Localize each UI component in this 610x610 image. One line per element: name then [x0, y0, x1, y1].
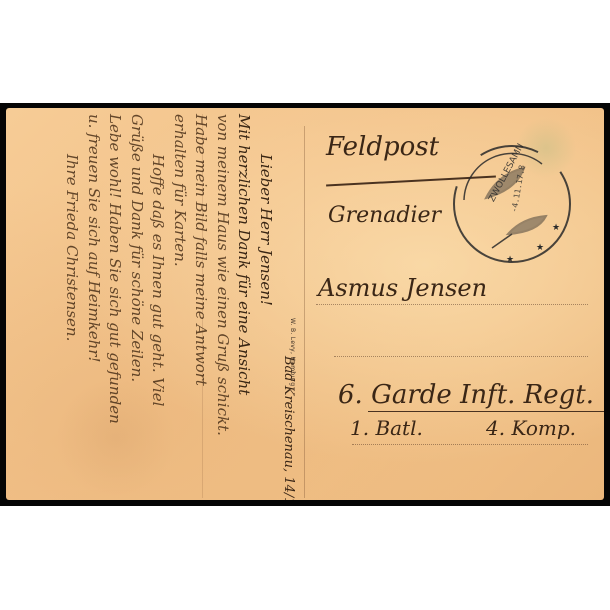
address-line	[316, 304, 588, 305]
recipient-name: Asmus Jensen	[318, 274, 487, 302]
recipient-regiment: 6. Garde Inft. Regt.	[338, 380, 594, 410]
message-line: Lebe wohl! Haben Sie sich gut gefunden	[104, 114, 126, 498]
message-place-date: Bad Kreischenau, 14/11.17.	[281, 356, 296, 500]
svg-text:★: ★	[536, 243, 544, 253]
regiment-underline	[368, 411, 604, 412]
message-line: Lieber Herr Jensen!	[255, 114, 277, 498]
postmark-stamp: ZWOLLESAMN -4.11.17.8 ★★★	[446, 138, 578, 270]
message-line: Grüße und Dank für schöne Zeilen.	[126, 114, 148, 498]
recipient-battalion: 1. Batl.	[350, 416, 423, 440]
feldpost-header: Feldpost	[326, 132, 439, 162]
message-line: Mit herzlichen Dank für eine Ansicht	[233, 114, 255, 498]
message-line: Habe mein Bild falls meine Antwort	[190, 114, 212, 498]
handwritten-message: Lieber Herr Jensen! Mit herzlichen Dank …	[61, 114, 276, 498]
recipient-company: 4. Komp.	[486, 416, 576, 440]
svg-text:★: ★	[552, 223, 560, 233]
postcard: W. B. Levy, Hamburg Lieber Herr Jensen! …	[6, 108, 604, 500]
recipient-rank: Grenadier	[328, 203, 441, 228]
message-signature: Ihre Frieda Christensen.	[61, 114, 83, 498]
address-line	[334, 356, 588, 357]
address-line	[352, 444, 588, 445]
message-line: u. freuen Sie sich auf Heimkehr!	[83, 114, 105, 498]
svg-text:★: ★	[506, 255, 514, 265]
message-line: von meinem Haus wie einen Gruß schickt.	[212, 114, 234, 498]
message-line: erhalten für Karten.	[169, 114, 191, 498]
center-divider-line	[304, 126, 305, 498]
message-line: Hoffe daß es Ihnen gut geht. Viel	[147, 114, 169, 498]
